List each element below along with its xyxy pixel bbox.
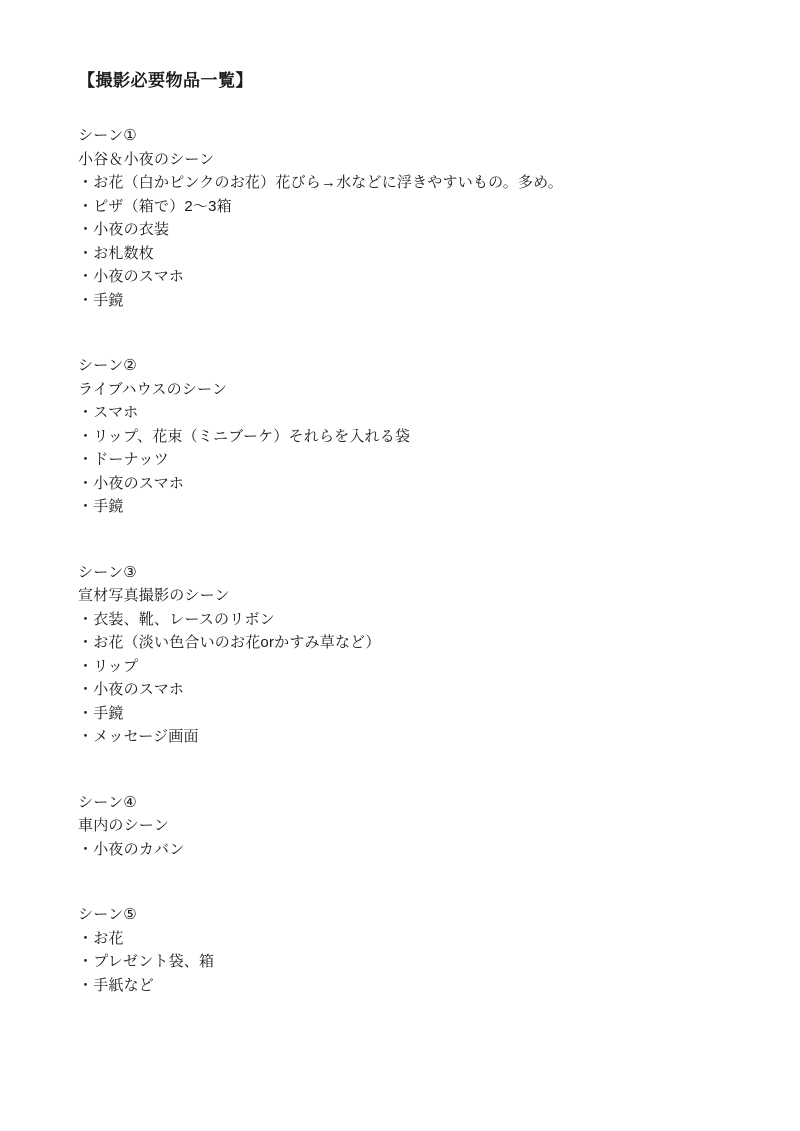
- scene-heading: シーン③: [78, 561, 740, 585]
- scene-section: シーン①小谷＆小夜のシーン・お花（白かピンクのお花）花びら→水などに浮きやすいも…: [78, 124, 740, 312]
- scene-item: ・手鏡: [78, 289, 740, 313]
- scene-item: ・お札数枚: [78, 242, 740, 266]
- scene-item: ・ドーナッツ: [78, 448, 740, 472]
- scene-section: シーン④車内のシーン・小夜のカバン: [78, 791, 740, 862]
- scene-item: ・スマホ: [78, 401, 740, 425]
- scene-item: ・小夜の衣装: [78, 218, 740, 242]
- scene-item: ・お花（白かピンクのお花）花びら→水などに浮きやすいもの。多め。: [78, 171, 740, 195]
- scene-item: ・お花（淡い色合いのお花orかすみ草など）: [78, 631, 740, 655]
- scene-heading: シーン①: [78, 124, 740, 148]
- scene-section: シーン⑤・お花・プレゼント袋、箱・手紙など: [78, 903, 740, 997]
- scene-item: ・衣装、靴、レースのリボン: [78, 608, 740, 632]
- scene-item: ・手鏡: [78, 495, 740, 519]
- scene-item: ・小夜のスマホ: [78, 678, 740, 702]
- scene-section: シーン③宣材写真撮影のシーン・衣装、靴、レースのリボン・お花（淡い色合いのお花o…: [78, 561, 740, 749]
- document-title: 【撮影必要物品一覧】: [78, 68, 740, 93]
- scene-heading: シーン⑤: [78, 903, 740, 927]
- scene-item: ・小夜のスマホ: [78, 265, 740, 289]
- document-page: 【撮影必要物品一覧】 シーン①小谷＆小夜のシーン・お花（白かピンクのお花）花びら…: [0, 0, 800, 1131]
- scene-item: ・リップ: [78, 655, 740, 679]
- scene-item: ・ピザ（箱で）2〜3箱: [78, 195, 740, 219]
- scene-item: ・メッセージ画面: [78, 725, 740, 749]
- scene-item: ・リップ、花束（ミニブーケ）それらを入れる袋: [78, 425, 740, 449]
- scene-item: ・小夜のスマホ: [78, 472, 740, 496]
- scene-item: ・お花: [78, 927, 740, 951]
- scene-subtitle: ライブハウスのシーン: [78, 378, 740, 402]
- scene-subtitle: 宣材写真撮影のシーン: [78, 584, 740, 608]
- scene-item: ・小夜のカバン: [78, 838, 740, 862]
- scene-item: ・手紙など: [78, 974, 740, 998]
- scene-item: ・プレゼント袋、箱: [78, 950, 740, 974]
- scene-item: ・手鏡: [78, 702, 740, 726]
- sections: シーン①小谷＆小夜のシーン・お花（白かピンクのお花）花びら→水などに浮きやすいも…: [78, 124, 740, 997]
- scene-heading: シーン②: [78, 354, 740, 378]
- scene-heading: シーン④: [78, 791, 740, 815]
- scene-subtitle: 車内のシーン: [78, 814, 740, 838]
- scene-subtitle: 小谷＆小夜のシーン: [78, 148, 740, 172]
- scene-section: シーン②ライブハウスのシーン・スマホ・リップ、花束（ミニブーケ）それらを入れる袋…: [78, 354, 740, 519]
